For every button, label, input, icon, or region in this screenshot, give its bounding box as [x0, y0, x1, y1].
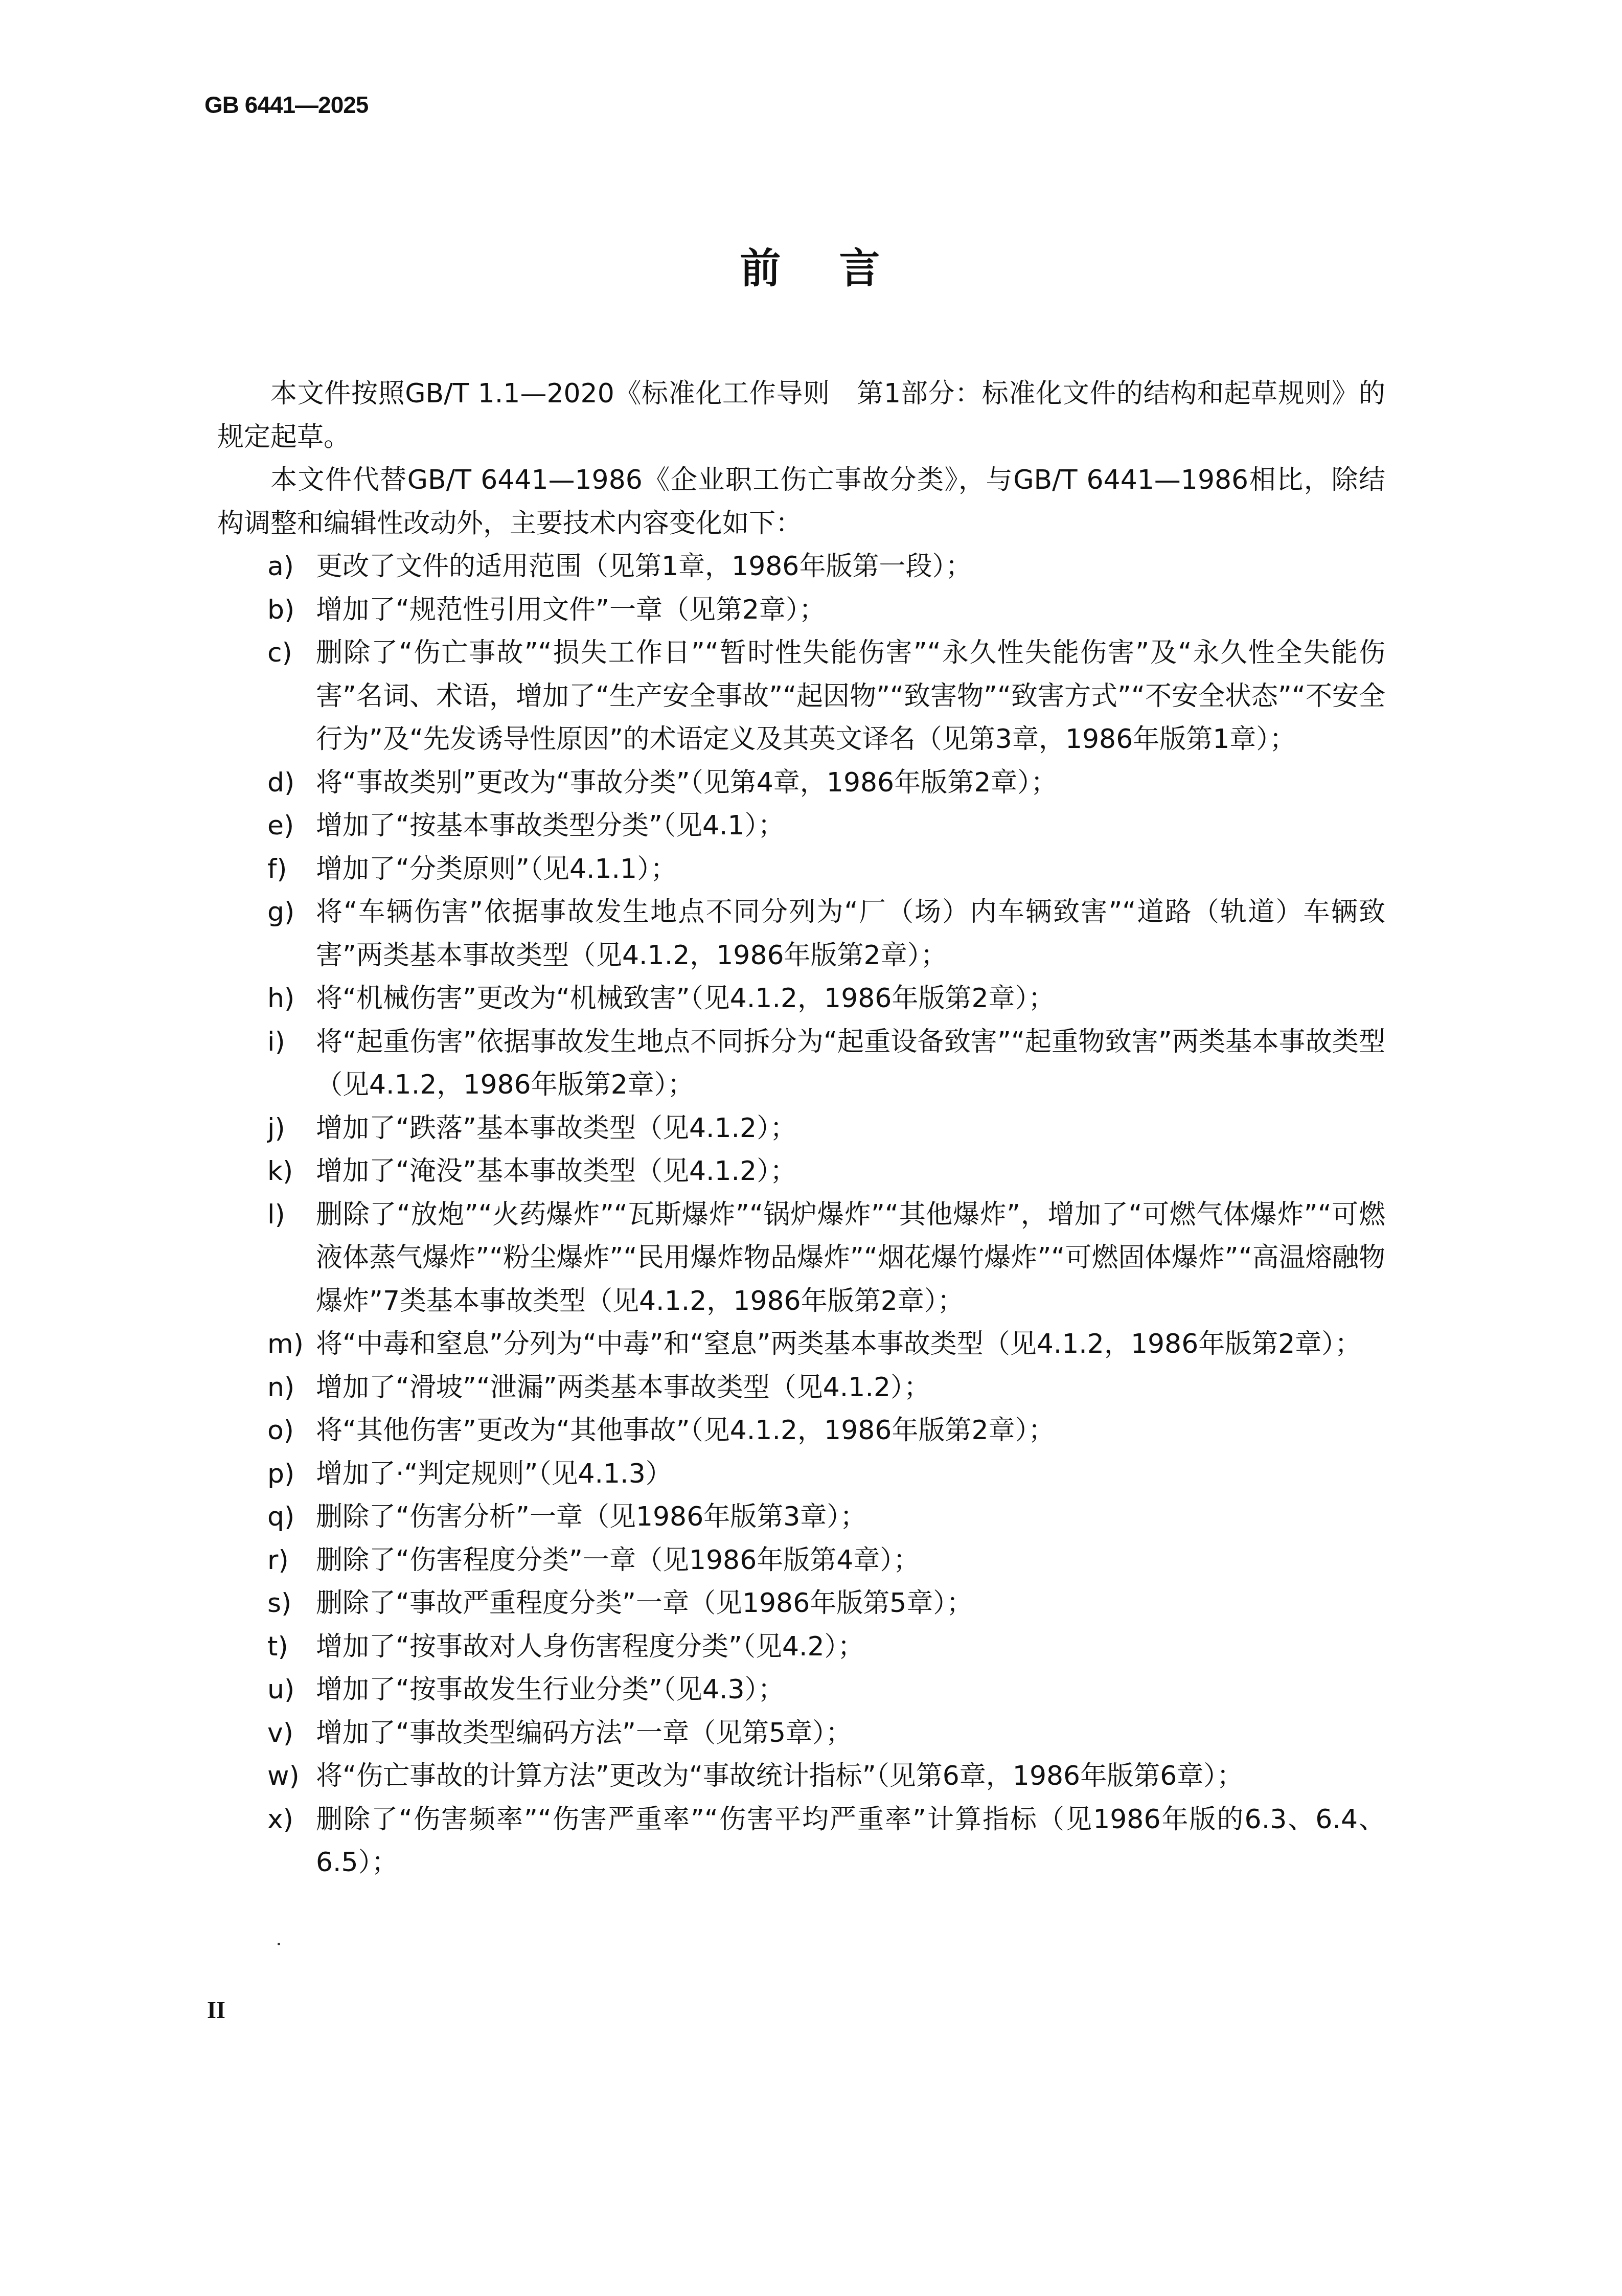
item-label: c): [217, 631, 316, 761]
item-text: 增加了“淹没”基本事故类型（见4.1.2）；: [316, 1150, 1385, 1193]
item-text: 将“起重伤害”依据事故发生地点不同拆分为“起重设备致害”“起重物致害”两类基本事…: [316, 1020, 1385, 1107]
list-item: o)将“其他伤害”更改为“其他事故”（见4.1.2，1986年版第2章）；: [217, 1409, 1385, 1452]
item-text: 将“车辆伤害”依据事故发生地点不同分列为“厂（场）内车辆致害”“道路（轨道）车辆…: [316, 891, 1385, 977]
item-text: 增加了“跌落”基本事故类型（见4.1.2）；: [316, 1107, 1385, 1150]
item-label: v): [217, 1712, 316, 1755]
item-label: g): [217, 891, 316, 977]
foreword-body: 本文件按照GB/T 1.1—2020《标准化工作导则 第1部分：标准化文件的结构…: [217, 372, 1385, 1884]
list-item: u)增加了“按事故发生行业分类”（见4.3）；: [217, 1668, 1385, 1712]
item-label: j): [217, 1107, 316, 1150]
title-char: 言: [839, 235, 882, 294]
item-text: 增加了“规范性引用文件”一章（见第2章）；: [316, 588, 1385, 632]
title-char: 前: [740, 235, 783, 294]
item-label: k): [217, 1150, 316, 1193]
list-item: t)增加了“按事故对人身伤害程度分类”（见4.2）；: [217, 1625, 1385, 1669]
item-text: 增加了“按事故对人身伤害程度分类”（见4.2）；: [316, 1625, 1385, 1669]
list-item: w)将“伤亡事故的计算方法”更改为“事故统计指标”（见第6章，1986年版第6章…: [217, 1755, 1385, 1798]
paragraph-replacement-note: 本文件代替GB/T 6441—1986《企业职工伤亡事故分类》，与GB/T 64…: [217, 459, 1385, 545]
item-text: 将“伤亡事故的计算方法”更改为“事故统计指标”（见第6章，1986年版第6章）；: [316, 1755, 1385, 1798]
list-item: b)增加了“规范性引用文件”一章（见第2章）；: [217, 588, 1385, 632]
item-label: e): [217, 804, 316, 848]
section-title: 前言: [0, 235, 1622, 294]
item-label: n): [217, 1366, 316, 1410]
list-item: q)删除了“伤害分析”一章（见1986年版第3章）；: [217, 1495, 1385, 1539]
list-item: g)将“车辆伤害”依据事故发生地点不同分列为“厂（场）内车辆致害”“道路（轨道）…: [217, 891, 1385, 977]
stray-mark: [278, 1943, 280, 1945]
list-item: r)删除了“伤害程度分类”一章（见1986年版第4章）；: [217, 1539, 1385, 1582]
list-item: f)增加了“分类原则”（见4.1.1）；: [217, 848, 1385, 891]
paragraph-drafting-basis: 本文件按照GB/T 1.1—2020《标准化工作导则 第1部分：标准化文件的结构…: [217, 372, 1385, 459]
item-text: 增加了“滑坡”“泄漏”两类基本事故类型（见4.1.2）；: [316, 1366, 1385, 1410]
item-label: m): [217, 1323, 316, 1366]
item-label: w): [217, 1755, 316, 1798]
item-label: s): [217, 1582, 316, 1625]
item-text: 将“机械伤害”更改为“机械致害”（见4.1.2，1986年版第2章）；: [316, 977, 1385, 1020]
item-label: u): [217, 1668, 316, 1712]
item-text: 增加了“分类原则”（见4.1.1）；: [316, 848, 1385, 891]
changes-list: a)更改了文件的适用范围（见第1章，1986年版第一段）； b)增加了“规范性引…: [217, 545, 1385, 1884]
list-item: a)更改了文件的适用范围（见第1章，1986年版第一段）；: [217, 545, 1385, 588]
list-item: v)增加了“事故类型编码方法”一章（见第5章）；: [217, 1712, 1385, 1755]
list-item: n)增加了“滑坡”“泄漏”两类基本事故类型（见4.1.2）；: [217, 1366, 1385, 1410]
item-label: d): [217, 761, 316, 805]
item-text: 删除了“放炮”“火药爆炸”“瓦斯爆炸”“锅炉爆炸”“其他爆炸”，增加了“可燃气体…: [316, 1193, 1385, 1323]
item-label: t): [217, 1625, 316, 1669]
list-item: j)增加了“跌落”基本事故类型（见4.1.2）；: [217, 1107, 1385, 1150]
item-label: b): [217, 588, 316, 632]
list-item: k)增加了“淹没”基本事故类型（见4.1.2）；: [217, 1150, 1385, 1193]
item-text: 增加了“按事故发生行业分类”（见4.3）；: [316, 1668, 1385, 1712]
item-text: 将“事故类别”更改为“事故分类”（见第4章，1986年版第2章）；: [316, 761, 1385, 805]
item-text: 增加了“按基本事故类型分类”（见4.1）；: [316, 804, 1385, 848]
item-label: a): [217, 545, 316, 588]
list-item: d)将“事故类别”更改为“事故分类”（见第4章，1986年版第2章）；: [217, 761, 1385, 805]
item-label: x): [217, 1798, 316, 1884]
item-label: h): [217, 977, 316, 1020]
item-text: 增加了·“判定规则”（见4.1.3）: [316, 1452, 1385, 1496]
item-label: q): [217, 1495, 316, 1539]
item-text: 删除了“伤害频率”“伤害严重率”“伤害平均严重率”计算指标（见1986年版的6.…: [316, 1798, 1385, 1884]
item-text: 删除了“伤亡事故”“损失工作日”“暂时性失能伤害”“永久性失能伤害”及“永久性全…: [316, 631, 1385, 761]
item-text: 删除了“事故严重程度分类”一章（见1986年版第5章）；: [316, 1582, 1385, 1625]
item-text: 更改了文件的适用范围（见第1章，1986年版第一段）；: [316, 545, 1385, 588]
list-item: s)删除了“事故严重程度分类”一章（见1986年版第5章）；: [217, 1582, 1385, 1625]
item-label: l): [217, 1193, 316, 1323]
item-label: o): [217, 1409, 316, 1452]
item-text: 增加了“事故类型编码方法”一章（见第5章）；: [316, 1712, 1385, 1755]
item-text: 将“其他伤害”更改为“其他事故”（见4.1.2，1986年版第2章）；: [316, 1409, 1385, 1452]
list-item: p)增加了·“判定规则”（见4.1.3）: [217, 1452, 1385, 1496]
item-label: f): [217, 848, 316, 891]
list-item: i)将“起重伤害”依据事故发生地点不同拆分为“起重设备致害”“起重物致害”两类基…: [217, 1020, 1385, 1107]
item-text: 删除了“伤害分析”一章（见1986年版第3章）；: [316, 1495, 1385, 1539]
list-item: e)增加了“按基本事故类型分类”（见4.1）；: [217, 804, 1385, 848]
item-text: 删除了“伤害程度分类”一章（见1986年版第4章）；: [316, 1539, 1385, 1582]
item-label: p): [217, 1452, 316, 1496]
item-text: 将“中毒和窒息”分列为“中毒”和“窒息”两类基本事故类型（见4.1.2，1986…: [316, 1323, 1385, 1366]
list-item: h)将“机械伤害”更改为“机械致害”（见4.1.2，1986年版第2章）；: [217, 977, 1385, 1020]
list-item: c)删除了“伤亡事故”“损失工作日”“暂时性失能伤害”“永久性失能伤害”及“永久…: [217, 631, 1385, 761]
list-item: l)删除了“放炮”“火药爆炸”“瓦斯爆炸”“锅炉爆炸”“其他爆炸”，增加了“可燃…: [217, 1193, 1385, 1323]
page-number: II: [207, 1996, 225, 2024]
item-label: i): [217, 1020, 316, 1107]
document-code: GB 6441—2025: [204, 91, 368, 119]
list-item: x)删除了“伤害频率”“伤害严重率”“伤害平均严重率”计算指标（见1986年版的…: [217, 1798, 1385, 1884]
item-label: r): [217, 1539, 316, 1582]
list-item: m)将“中毒和窒息”分列为“中毒”和“窒息”两类基本事故类型（见4.1.2，19…: [217, 1323, 1385, 1366]
